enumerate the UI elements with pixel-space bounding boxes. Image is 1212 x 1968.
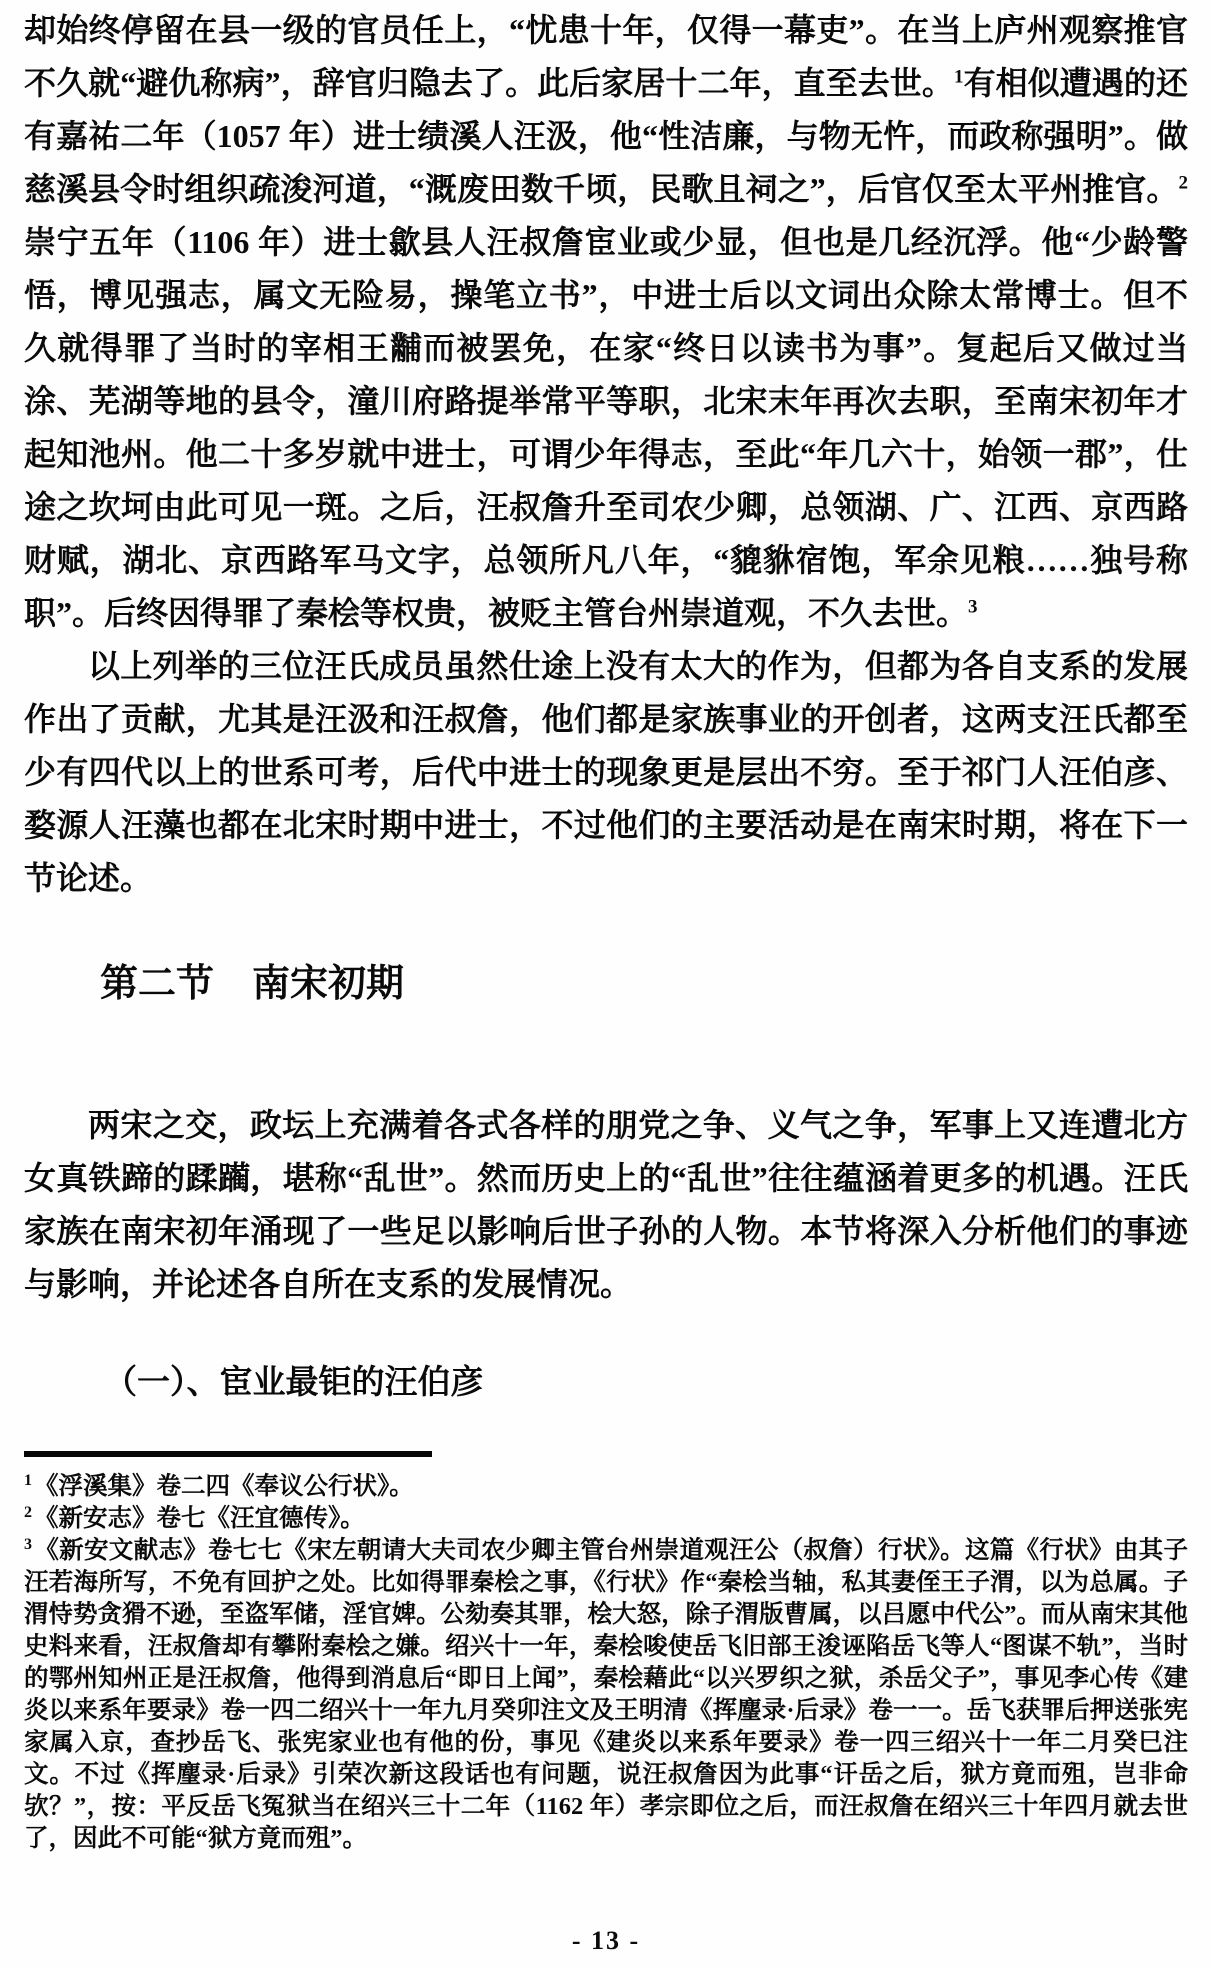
footnotes-section: 1《浮溪集》卷二四《奉议公行状》。 2《新安志》卷七《汪宜德传》。 3《新安文献… [24,1471,1188,1855]
footnote-3-text: 《新安文献志》卷七七《宋左朝请大夫司农少卿主管台州崇道观汪公（叔詹）行状》。这篇… [24,1537,1188,1852]
footnote-1-marker: 1 [24,1472,34,1489]
footnote-3: 3《新安文献志》卷七七《宋左朝请大夫司农少卿主管台州崇道观汪公（叔詹）行状》。这… [24,1535,1188,1855]
footnote-1-text: 《浮溪集》卷二四《奉议公行状》。 [34,1473,414,1500]
footnote-ref-3: 3 [968,596,978,617]
body-paragraph-3: 两宋之交，政坛上充满着各式各样的朋党之争、义气之争，军事上又连遭北方女真铁蹄的蹂… [24,1099,1188,1311]
body-paragraph-2: 以上列举的三位汪氏成员虽然仕途上没有太大的作为，但都为各自支系的发展作出了贡献，… [24,640,1188,905]
subsection-heading: （一）、宦业最钜的汪伯彦 [104,1363,1188,1403]
footnote-2: 2《新安志》卷七《汪宜德传》。 [24,1503,1188,1535]
footnote-2-marker: 2 [24,1504,34,1521]
footnote-ref-2: 2 [1179,172,1189,193]
body-paragraph-1-text-3: 崇宁五年（1106 年）进士歙县人汪叔詹宦业或少显，但也是几经沉浮。他“少龄警悟… [24,224,1188,631]
body-paragraph-continued: 却始终停留在县一级的官员任上，“忧患十年，仅得一幕吏”。在当上庐州观察推官不久就… [24,4,1188,640]
page-number: - 13 - [0,1926,1212,1956]
footnote-ref-1: 1 [954,66,964,87]
footnote-3-marker: 3 [24,1536,34,1553]
text-block: 却始终停留在县一级的官员任上，“忧患十年，仅得一幕吏”。在当上庐州观察推官不久就… [24,4,1188,1855]
scanned-book-page: 却始终停留在县一级的官员任上，“忧患十年，仅得一幕吏”。在当上庐州观察推官不久就… [0,0,1212,1968]
footnote-1: 1《浮溪集》卷二四《奉议公行状》。 [24,1471,1188,1503]
footnote-separator-rule [24,1451,432,1457]
footnote-2-text: 《新安志》卷七《汪宜德传》。 [34,1505,365,1532]
section-heading: 第二节 南宋初期 [100,961,1188,1007]
